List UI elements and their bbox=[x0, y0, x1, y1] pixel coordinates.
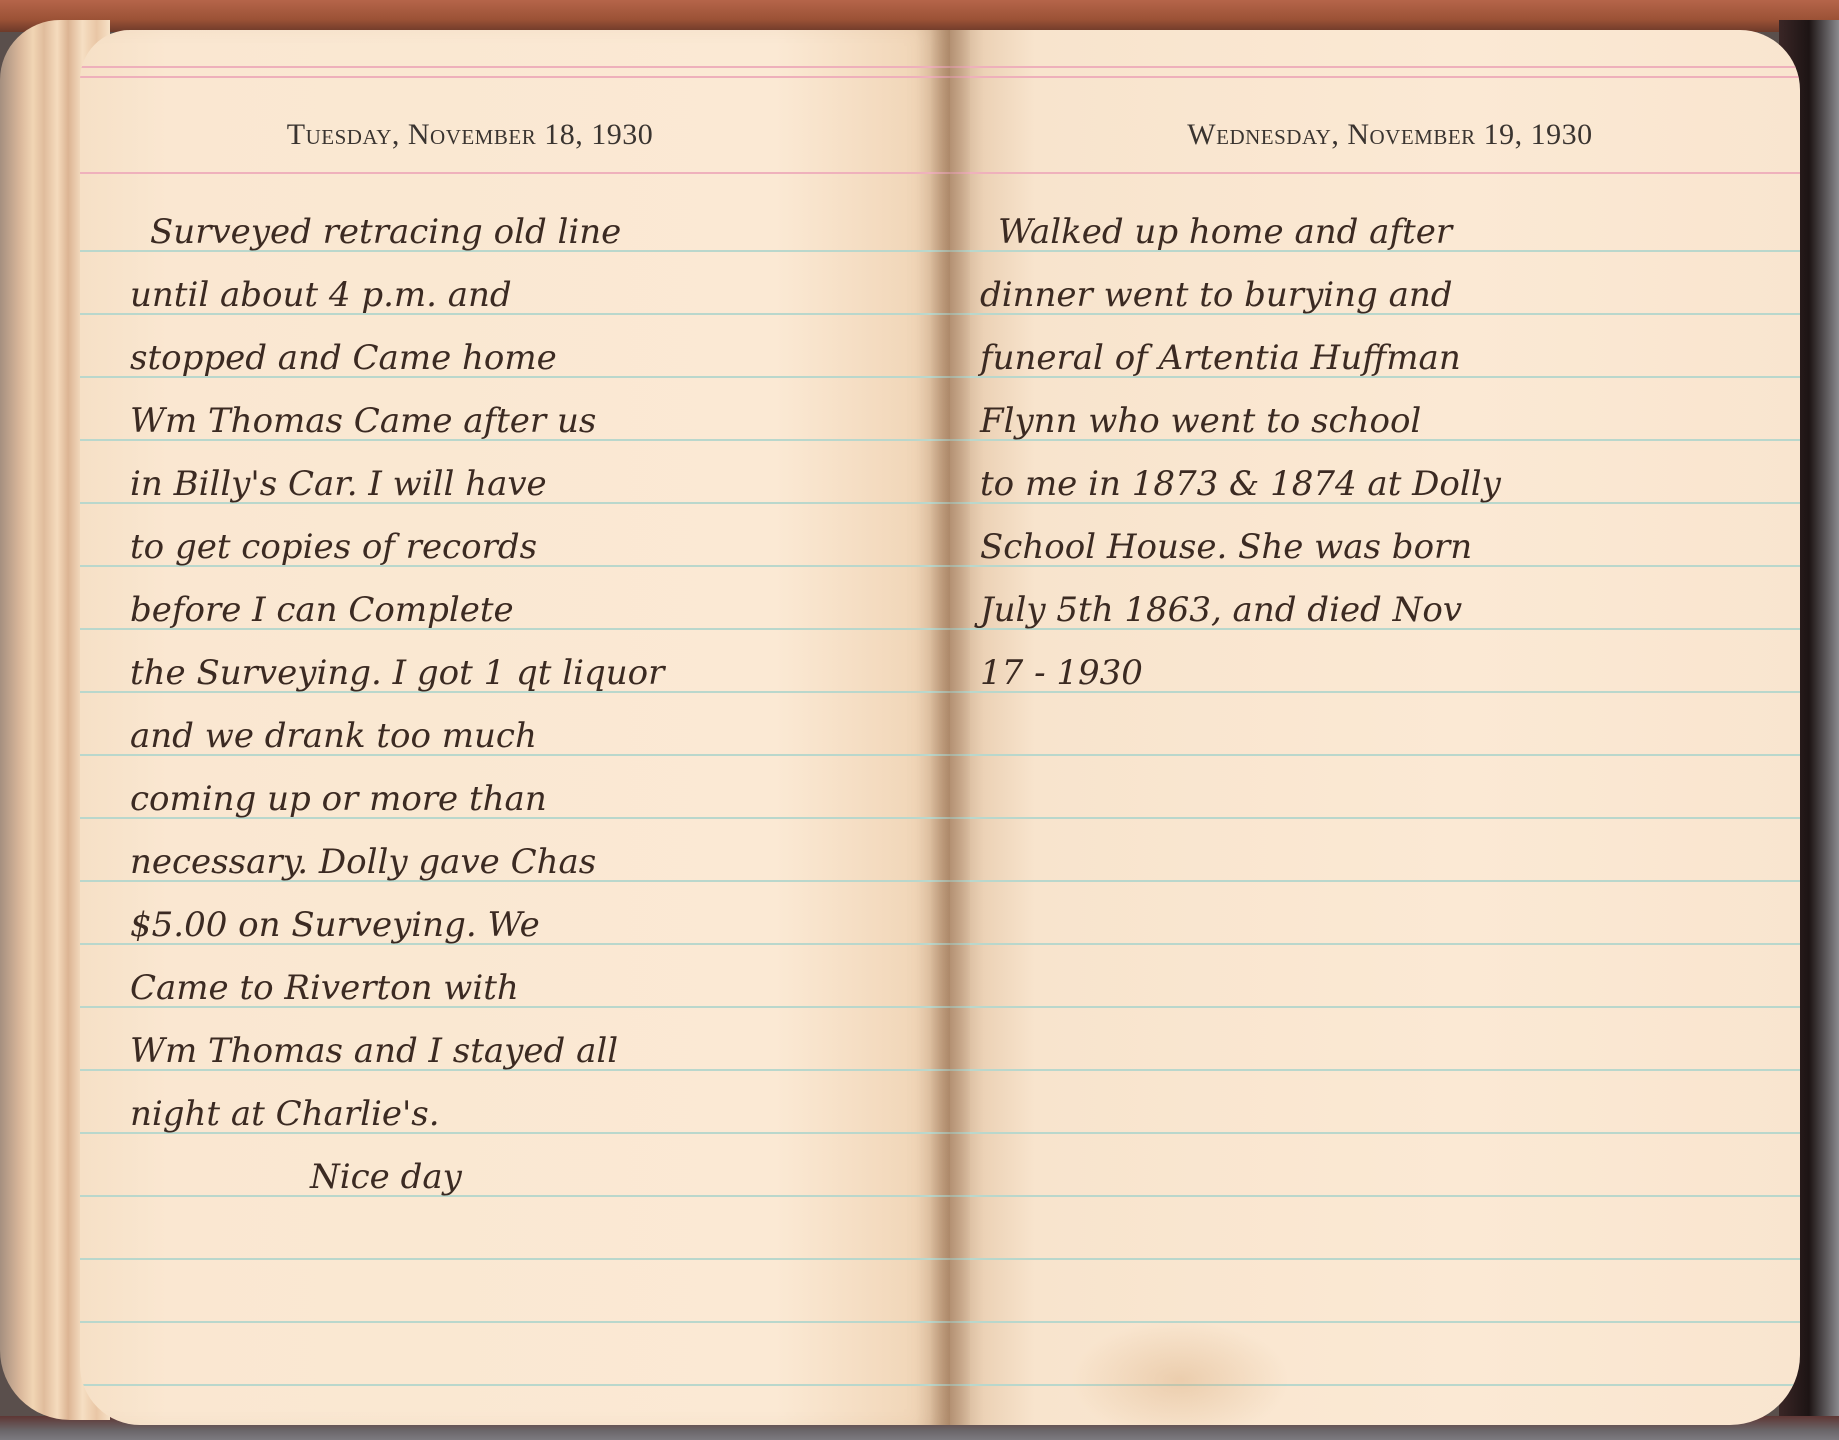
ruled-line bbox=[950, 1069, 1800, 1071]
ruled-line bbox=[950, 1195, 1800, 1197]
handwritten-line: Surveyed retracing old line bbox=[150, 215, 950, 249]
handwritten-line: Walked up home and after bbox=[998, 215, 1800, 249]
top-double-rule bbox=[80, 66, 950, 78]
handwritten-line: dinner went to burying and bbox=[980, 278, 1800, 312]
ruled-line bbox=[950, 754, 1800, 756]
handwritten-line: 17 - 1930 bbox=[980, 656, 1800, 690]
handwritten-line: and we drank too much bbox=[130, 719, 950, 753]
handwritten-line: stopped and Came home bbox=[130, 341, 950, 375]
header-rule bbox=[80, 172, 950, 174]
handwritten-line: July 5th 1863, and died Nov bbox=[980, 593, 1800, 627]
paper-stain bbox=[1070, 1320, 1290, 1425]
handwritten-line: coming up or more than bbox=[130, 782, 950, 816]
right-page: Wednesday, November 19, 1930 Walked up h… bbox=[950, 30, 1800, 1425]
handwritten-line: School House. She was born bbox=[980, 530, 1800, 564]
ruled-line bbox=[80, 1258, 950, 1260]
ruled-line bbox=[950, 817, 1800, 819]
ruled-line bbox=[80, 1321, 950, 1323]
handwritten-line: Flynn who went to school bbox=[980, 404, 1800, 438]
handwritten-line: before I can Complete bbox=[130, 593, 950, 627]
ruled-line bbox=[950, 1132, 1800, 1134]
handwritten-line: night at Charlie's. bbox=[130, 1097, 950, 1131]
book-gutter bbox=[930, 30, 970, 1425]
handwritten-line: to me in 1873 & 1874 at Dolly bbox=[980, 467, 1800, 501]
handwritten-line: funeral of Artentia Huffman bbox=[980, 341, 1800, 375]
ruled-line bbox=[950, 1006, 1800, 1008]
handwritten-line: $5.00 on Surveying. We bbox=[130, 908, 950, 942]
handwritten-line: necessary. Dolly gave Chas bbox=[130, 845, 950, 879]
top-double-rule bbox=[950, 66, 1800, 78]
ruled-line bbox=[950, 943, 1800, 945]
ruled-line bbox=[950, 1258, 1800, 1260]
ruled-line bbox=[80, 1195, 950, 1197]
handwritten-line: Came to Riverton with bbox=[130, 971, 950, 1005]
left-page: Tuesday, November 18, 1930 Surveyed retr… bbox=[80, 30, 950, 1425]
ruled-line bbox=[950, 1321, 1800, 1323]
diary-cover-top bbox=[0, 0, 1839, 32]
right-page-date-header: Wednesday, November 19, 1930 bbox=[950, 118, 1800, 152]
handwritten-line: to get copies of records bbox=[130, 530, 950, 564]
header-rule bbox=[950, 172, 1800, 174]
handwritten-signoff: Nice day bbox=[310, 1160, 950, 1194]
handwritten-line: the Surveying. I got 1 qt liquor bbox=[130, 656, 950, 690]
left-page-date-header: Tuesday, November 18, 1930 bbox=[80, 118, 950, 152]
handwritten-line: Wm Thomas Came after us bbox=[130, 404, 950, 438]
handwritten-line: in Billy's Car. I will have bbox=[130, 467, 950, 501]
handwritten-line: until about 4 p.m. and bbox=[130, 278, 950, 312]
ruled-line bbox=[950, 880, 1800, 882]
ruled-line bbox=[80, 1384, 950, 1386]
handwritten-line: Wm Thomas and I stayed all bbox=[130, 1034, 950, 1068]
